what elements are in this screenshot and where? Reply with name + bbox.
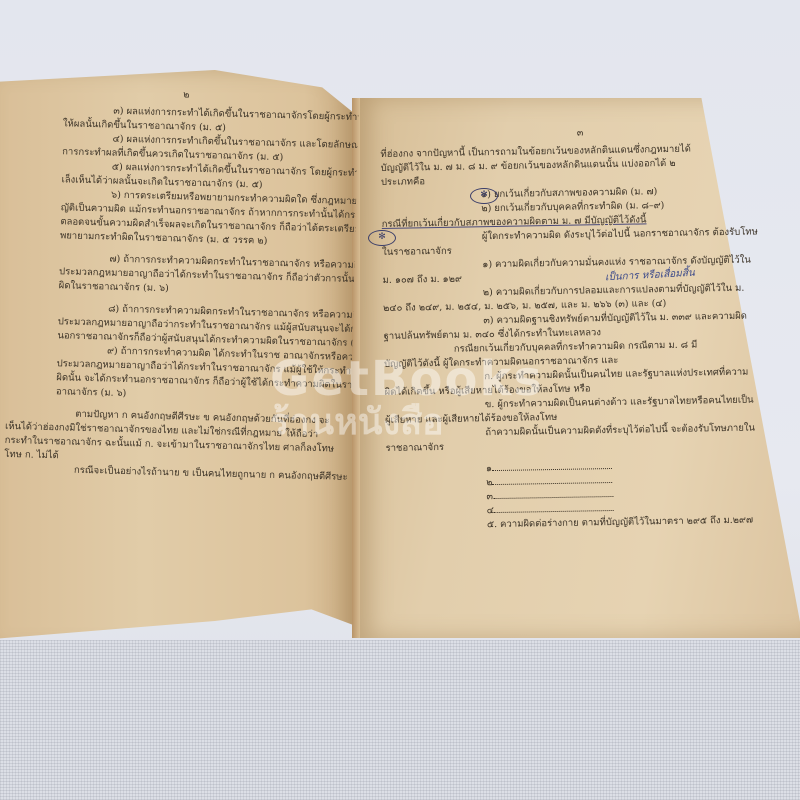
right-page-text: ๓ ที่ฮ่องกง จากปัญหานี้ เป็นการถามในข้อย… [380,123,787,534]
asterisk-stamp-icon: ✻ [368,230,396,246]
watermark: GetBooks ร้านหนังสือ [270,355,544,441]
fabric-surface [0,640,800,800]
watermark-subtitle: ร้านหนังสือ [270,405,544,441]
asterisk-stamp-icon: ✻ [470,188,498,204]
watermark-brand: GetBooks [270,355,544,403]
